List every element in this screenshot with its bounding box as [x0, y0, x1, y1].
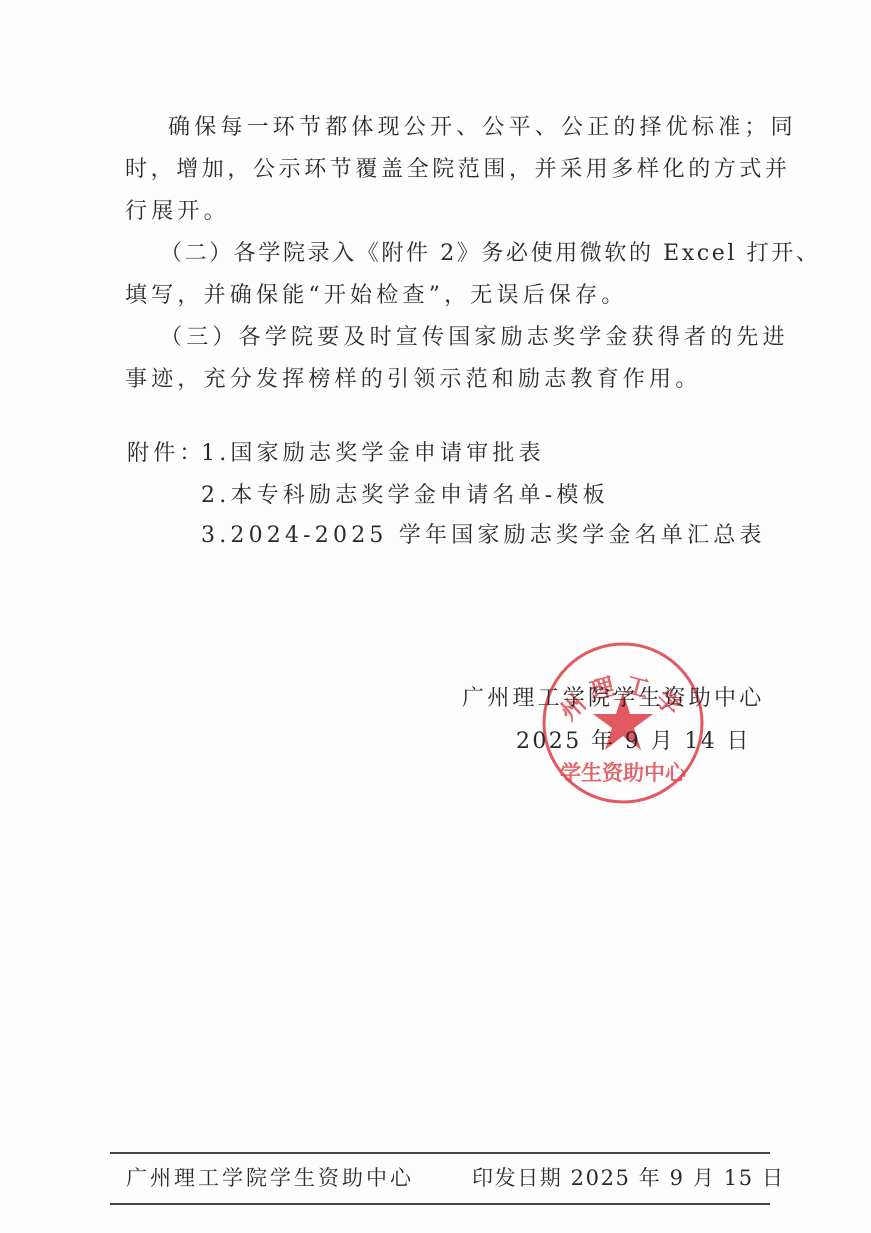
paragraph-2-line-1: （二）各学院录入《附件 2》务必使用微软的 Excel 打开、: [160, 239, 820, 269]
attachment-item-1: 1.国家励志奖学金申请审批表: [201, 439, 545, 469]
official-seal-stamp: 广州理工学院 学生资助中心: [540, 640, 706, 806]
footer-top-rule: [110, 1152, 770, 1154]
paragraph-1-line-1: 确保每一环节都体现公开、公平、公正的择优标准；同: [168, 113, 797, 143]
paragraph-3-line-2: 事迹，充分发挥榜样的引领示范和励志教育作用。: [125, 365, 701, 395]
footer-issue-date: 印发日期 2025 年 9 月 15 日: [472, 1163, 785, 1193]
paragraph-3-line-1: （三）各学院要及时宣传国家励志奖学金获得者的先进: [160, 323, 789, 353]
footer-bottom-rule: [110, 1203, 770, 1205]
signature-date: 2025 年 9 月 14 日: [516, 727, 751, 757]
attachment-item-3: 3.2024-2025 学年国家励志奖学金名单汇总表: [201, 521, 766, 551]
paragraph-1-line-2: 时，增加，公示环节覆盖全院范围，并采用多样化的方式并: [125, 155, 791, 185]
attachments-label: 附件：: [127, 439, 206, 469]
paragraph-1-line-3: 行展开。: [125, 197, 230, 227]
footer-organization: 广州理工学院学生资助中心: [126, 1163, 414, 1193]
stamp-bottom-text: 学生资助中心: [560, 761, 687, 785]
attachment-item-2: 2.本专科励志奖学金申请名单-模板: [201, 481, 609, 511]
paragraph-2-line-2: 填写，并确保能“开始检查”，无误后保存。: [125, 281, 628, 311]
signature-organization: 广州理工学院学生资助中心: [462, 684, 764, 714]
